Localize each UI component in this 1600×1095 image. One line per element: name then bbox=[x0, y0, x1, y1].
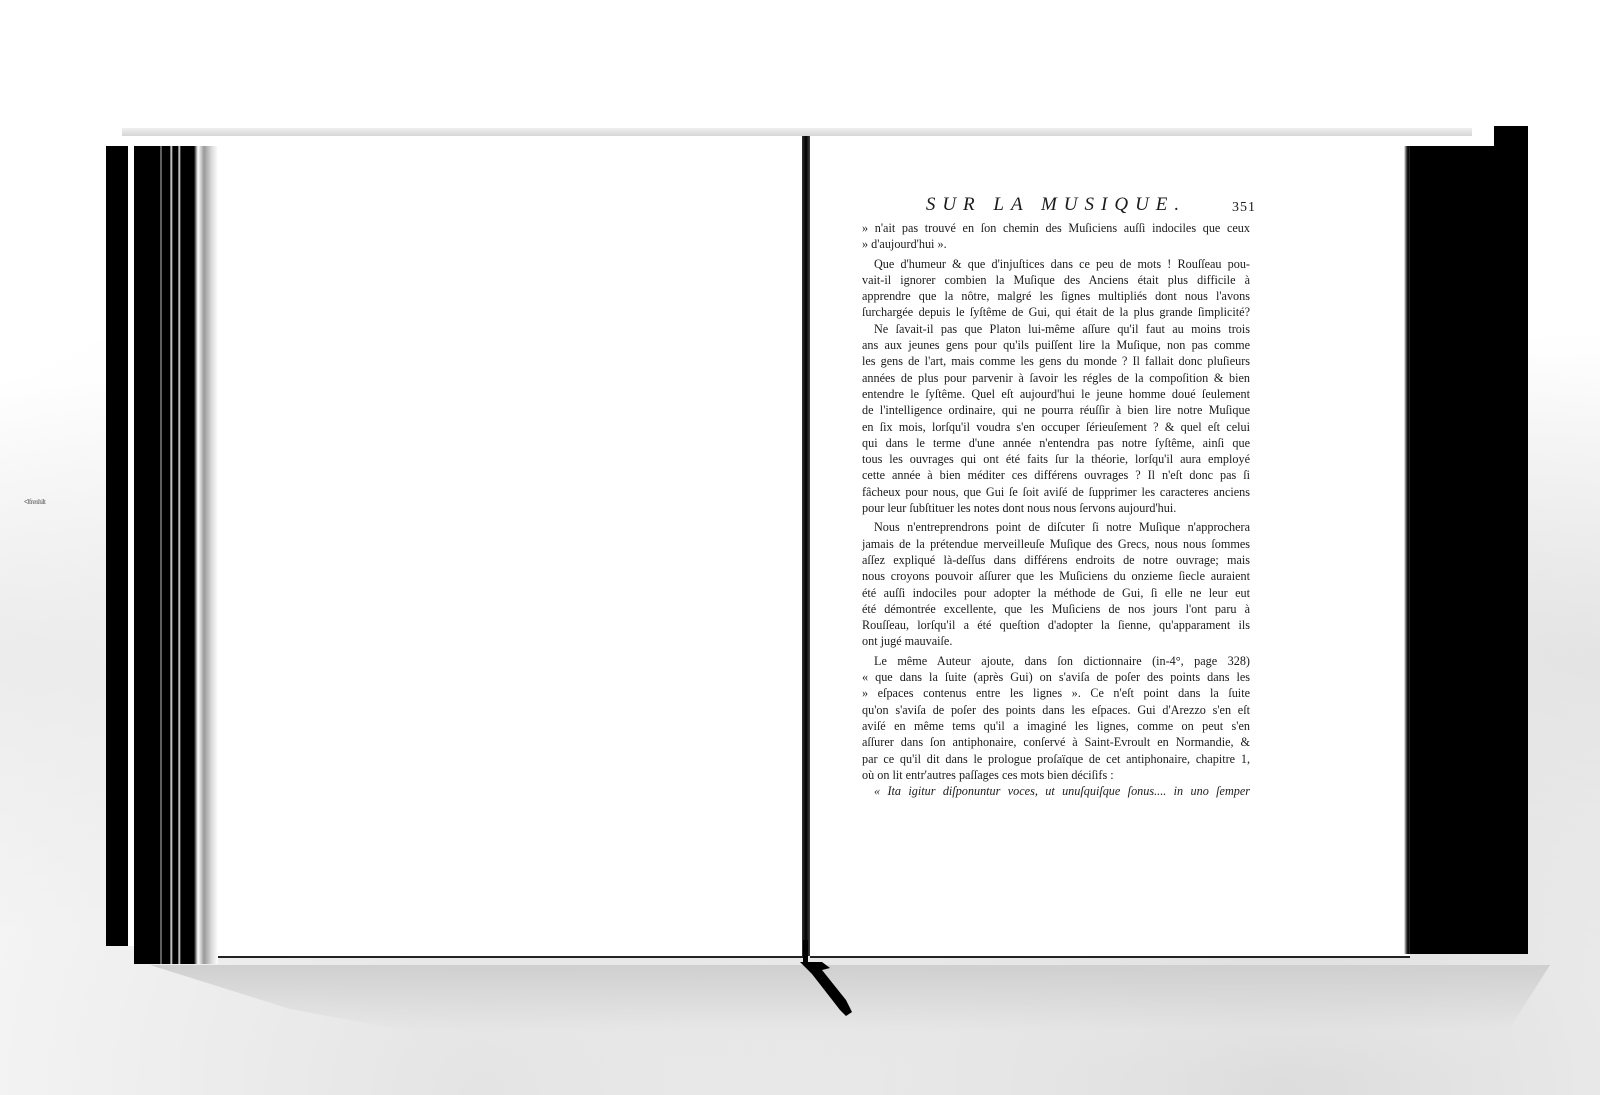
running-head: SUR LA MUSIQUE. 351 bbox=[862, 194, 1250, 220]
text-line: ans aux jeunes gens pour qu'ils puiſſent… bbox=[862, 337, 1250, 353]
text-line: vait-il ignorer combien la Muſique des A… bbox=[862, 272, 1250, 288]
paragraph-quote-end: » n'ait pas trouvé en ſon chemin des Muſ… bbox=[862, 220, 1250, 253]
text-line: » eſpaces contenus entre les lignes ». C… bbox=[862, 685, 1250, 701]
text-line: en ſix mois, lorſqu'il voudra s'en occup… bbox=[862, 419, 1250, 435]
text-line: entendre le ſyſtême. Quel eſt aujourd'hu… bbox=[862, 386, 1250, 402]
text-line: par ce qu'il dit dans le prologue proſaï… bbox=[862, 751, 1250, 767]
running-head-title: SUR LA MUSIQUE. bbox=[862, 194, 1250, 216]
text-line: qu'on s'aviſa de poſer des points dans l… bbox=[862, 702, 1250, 718]
text-line: Ne ſavait-il pas que Platon lui-même aſſ… bbox=[862, 321, 1250, 337]
paragraph: Le même Auteur ajoute, dans ſon dictionn… bbox=[862, 653, 1250, 783]
text-line: les gens de l'art, mais comme les gens d… bbox=[862, 353, 1250, 369]
right-cover-edge bbox=[1494, 126, 1528, 954]
page-number: 351 bbox=[1232, 200, 1256, 216]
text-line: qui dans le terme d'une année n'entendra… bbox=[862, 435, 1250, 451]
text-line: ſurchargée depuis le ſyſtême de Gui, qui… bbox=[862, 304, 1250, 320]
text-line: fâcheux pour nous, que Gui ſe ſoit aviſé… bbox=[862, 484, 1250, 500]
paragraph: Ne ſavait-il pas que Platon lui-même aſſ… bbox=[862, 321, 1250, 517]
text-line: cette année à bien méditer ces différens… bbox=[862, 467, 1250, 483]
text-line: été démontrée excellente, que les Muſici… bbox=[862, 601, 1250, 617]
text-line: aſſez expliqué là-deſſus dans différens … bbox=[862, 552, 1250, 568]
text-line: où on lit entr'autres paſſages ces mots … bbox=[862, 767, 1250, 783]
text-line: aviſé en même tems qu'il a imaginé les l… bbox=[862, 718, 1250, 734]
text-line: » n'ait pas trouvé en ſon chemin des Muſ… bbox=[862, 220, 1250, 236]
left-page-blank bbox=[218, 146, 804, 958]
book-gutter bbox=[802, 136, 810, 956]
text-line: nous croyons pouvoir aſſurer que les Muſ… bbox=[862, 568, 1250, 584]
text-line: années de plus pour parvenir à ſavoir le… bbox=[862, 370, 1250, 386]
paragraph-latin-quote: « Ita igitur diſponuntur voces, ut unuſq… bbox=[862, 783, 1250, 799]
text-line: « que dans la ſuite (après Gui) on s'avi… bbox=[862, 669, 1250, 685]
bookmark-ribbon-icon bbox=[800, 940, 860, 1020]
text-line: « Ita igitur diſponuntur voces, ut unuſq… bbox=[862, 783, 1250, 799]
text-line: aſſurer dans ſon antiphonaire, conſervé … bbox=[862, 734, 1250, 750]
text-line: tous les ouvrages qui ont été faits ſur … bbox=[862, 451, 1250, 467]
text-line: ont jugé mauvaiſe. bbox=[862, 633, 1250, 649]
text-line: apprendre que la nôtre, malgré les ſigne… bbox=[862, 288, 1250, 304]
book-top-edge bbox=[122, 128, 1472, 136]
text-line: Le même Auteur ajoute, dans ſon dictionn… bbox=[862, 653, 1250, 669]
text-line: Nous n'entreprendrons point de diſcuter … bbox=[862, 519, 1250, 535]
text-line: de l'intelligence ordinaire, qui ne pour… bbox=[862, 402, 1250, 418]
left-cover bbox=[106, 146, 128, 946]
left-page-stack-edge bbox=[134, 146, 218, 964]
text-line: pour leur ſubſtituer les notes dont nous… bbox=[862, 500, 1250, 516]
paragraph: Nous n'entreprendrons point de diſcuter … bbox=[862, 519, 1250, 649]
text-line: été auſſi indociles pour adopter la méth… bbox=[862, 585, 1250, 601]
text-line: jamais de la prétendue merveilleuſe Muſi… bbox=[862, 536, 1250, 552]
margin-note: ᐊfrenhilt bbox=[24, 498, 46, 506]
text-line: » d'aujourd'hui ». bbox=[862, 236, 1250, 252]
text-line: Rouſſeau, lorſqu'il a été queſtion d'ado… bbox=[862, 617, 1250, 633]
page-text: SUR LA MUSIQUE. 351 » n'ait pas trouvé e… bbox=[862, 194, 1250, 799]
text-line: Que d'humeur & que d'injuſtices dans ce … bbox=[862, 256, 1250, 272]
paragraph: Que d'humeur & que d'injuſtices dans ce … bbox=[862, 256, 1250, 321]
